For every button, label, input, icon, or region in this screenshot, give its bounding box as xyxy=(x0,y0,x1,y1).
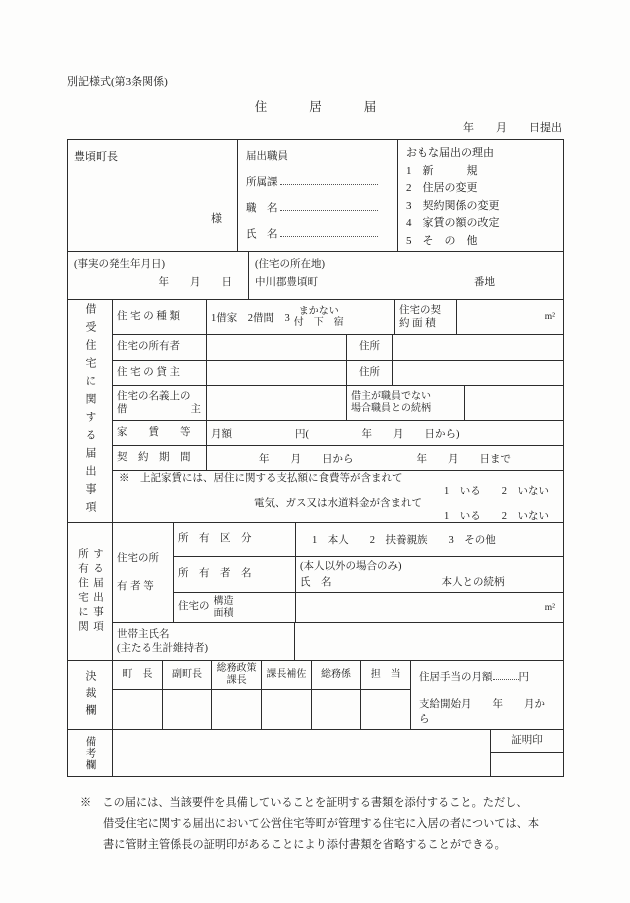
rental-section-label-text: 借受住宅に関する届出事項 xyxy=(82,303,98,519)
rent-amount-field[interactable]: 月額 円( 年 月 日から) xyxy=(206,421,563,445)
contract-area-label-line1: 住宅の契 xyxy=(399,304,441,317)
owner-name-cell: (本人以外の場合のみ) 氏 名本人との続柄 xyxy=(295,557,563,592)
fact-date-field[interactable]: 年 月 日 xyxy=(74,274,242,289)
owner-name-label: 所 有 者 名 xyxy=(174,557,295,592)
lessor-field[interactable] xyxy=(206,361,346,385)
owned-section-label-col1: 所有住宅に関 xyxy=(75,548,90,635)
allowance-amount-field[interactable] xyxy=(493,669,519,680)
owner-name-field-label: 氏 名 xyxy=(300,577,332,588)
footer-note-line1: ※ この届には、当該要件を具備していることを証明する書類を添付すること。ただし、 xyxy=(67,793,564,814)
owned-section-label-col2: する届出事項 xyxy=(90,548,105,635)
reason-option-3: 3 契約関係の変更 xyxy=(406,199,555,215)
stamp-cell-assistant-chief[interactable] xyxy=(261,690,311,729)
allowance-unit: 円 xyxy=(519,672,530,683)
note-line1: ※ 上記家賃には、居住に関する支払額に食費等が含まれて xyxy=(113,473,563,486)
form-reference: 別記様式(第3条関係) xyxy=(67,73,564,89)
department-label: 所属課 xyxy=(246,177,278,188)
location-cell: (住宅の所在地) 中川郡豊頃町 番地 xyxy=(248,252,563,299)
borrower-relation-label: 借主が職員でない 場合職員との続柄 xyxy=(346,386,464,420)
stamp-cell-in-charge[interactable] xyxy=(360,690,410,729)
reason-option-5: 5 そ の 他 xyxy=(406,234,555,250)
reasons-title: おもな届出の理由 xyxy=(406,146,555,162)
stamp-cell-mayor[interactable] xyxy=(113,690,162,729)
footer-note-line3: 書に管財主管係長の証明印があることにより添付書類を省略することができる。 xyxy=(67,835,564,856)
owner-group-line1: 住宅の所 xyxy=(117,545,159,572)
form-content: 別記様式(第3条関係) 住居届 年 月 日提出 豊頃町長 様 届出職員 所属課 … xyxy=(67,73,564,856)
house-type-label: 住 宅 の 種 類 xyxy=(113,300,206,334)
relation-label-line2: 場合職員との続柄 xyxy=(351,403,431,416)
approval-section-label: 決裁欄 xyxy=(68,661,112,729)
remarks-field[interactable] xyxy=(112,730,490,776)
addressee-name: 豊頃町長 xyxy=(74,151,118,163)
honorific-label: 様 xyxy=(211,210,222,226)
fact-date-cell: (事実の発生年月日) 年 月 日 xyxy=(68,252,248,299)
header-row: 豊頃町長 様 届出職員 所属課 職 名 氏 名 おもな届出の理由 1 新 規 2… xyxy=(68,140,563,251)
approval-stamp-grid: 町 長 副町長 総務政策課長 課長補佐 総務係 担 当 xyxy=(113,661,410,729)
remarks-section-label-text: 備考欄 xyxy=(83,736,98,771)
location-label: (住宅の所在地) xyxy=(255,256,557,271)
approval-col-deputy-mayor: 副町長 xyxy=(162,661,212,689)
note-choices2: 1 いる 2 いない xyxy=(113,511,563,524)
payment-start-line: 支給開始月 年 月から xyxy=(419,696,555,726)
rent-inclusion-note: ※ 上記家賃には、居住に関する支払額に食費等が含まれて 1 いる 2 いない 電… xyxy=(113,470,563,522)
certification-stamp-cell[interactable] xyxy=(491,752,563,776)
approval-col-mayor: 町 長 xyxy=(113,661,162,689)
remarks-section-label: 備考欄 xyxy=(68,730,112,776)
approval-col-assistant-chief: 課長補佐 xyxy=(261,661,311,689)
contract-area-label: 住宅の契 約 面 積 xyxy=(394,300,456,334)
submit-date-line: 年 月 日提出 xyxy=(67,119,564,135)
owner-group-label: 住宅の所 有 者 等 xyxy=(113,523,173,622)
nominal-label-line1: 住宅の名義上の xyxy=(117,390,201,403)
nominal-label-line2: 借 主 xyxy=(117,403,201,416)
reason-option-4: 4 家賃の額の改定 xyxy=(406,216,555,232)
staff-title: 届出職員 xyxy=(246,148,389,163)
structure-line1: 構造 xyxy=(214,596,234,608)
contract-area-field[interactable]: m² xyxy=(456,300,563,334)
reporting-staff-cell: 届出職員 所属課 職 名 氏 名 xyxy=(237,140,397,251)
location-town: 中川郡豊頃町 xyxy=(255,274,318,289)
rent-label: 家 賃 等 xyxy=(113,421,206,445)
stamp-cell-general-affairs[interactable] xyxy=(311,690,361,729)
approval-col-general-affairs: 総務係 xyxy=(311,661,361,689)
note-choices1: 1 いる 2 いない xyxy=(113,486,563,499)
position-label: 職 名 xyxy=(246,203,278,214)
name-label: 氏 名 xyxy=(246,229,278,240)
allowance-line: 住居手当の月額円 xyxy=(419,669,555,684)
approval-col-in-charge: 担 当 xyxy=(360,661,410,689)
householder-field[interactable] xyxy=(294,623,563,660)
document-page: 別記様式(第3条関係) 住居届 年 月 日提出 豊頃町長 様 届出職員 所属課 … xyxy=(0,0,630,903)
footer-note-line2: 借受住宅に関する届出において公営住宅等町が管理する住宅に入居の者については、本 xyxy=(67,814,564,835)
reasons-cell: おもな届出の理由 1 新 規 2 住居の変更 3 契約関係の変更 4 家賃の額の… xyxy=(397,140,563,251)
householder-label: 世帯主氏名 (主たる生計維持者) xyxy=(113,623,294,660)
nominal-borrower-label: 住宅の名義上の 借 主 xyxy=(113,386,206,420)
remarks-section: 備考欄 証明印 xyxy=(68,729,563,776)
footer-note: ※ この届には、当該要件を具備していることを証明する書類を添付すること。ただし、… xyxy=(67,793,564,856)
structure-line2: 面積 xyxy=(214,608,234,620)
certification-column: 証明印 xyxy=(490,730,563,776)
owner-name-note: (本人以外の場合のみ) xyxy=(300,559,559,574)
contract-period-label: 契 約 期 間 xyxy=(113,446,206,470)
allowance-label: 住居手当の月額 xyxy=(419,672,493,683)
approval-col-general-policy-chief: 総務政策課長 xyxy=(211,661,261,689)
owner-relation-label: 本人との続柄 xyxy=(442,577,505,588)
ownership-division-label: 所 有 区 分 xyxy=(174,523,295,556)
location-detail-field[interactable] xyxy=(318,274,474,289)
position-field[interactable] xyxy=(280,200,378,211)
house-type-option3: まかない 付 下 宿 xyxy=(294,306,344,329)
fact-row: (事実の発生年月日) 年 月 日 (住宅の所在地) 中川郡豊頃町 番地 xyxy=(68,251,563,299)
allowance-cell: 住居手当の月額円 支給開始月 年 月から xyxy=(410,661,563,729)
contract-area-label-line2: 約 面 積 xyxy=(399,317,441,330)
reason-option-1: 1 新 規 xyxy=(406,164,555,180)
structure-prefix: 住宅の xyxy=(178,601,210,614)
rental-section: 借受住宅に関する届出事項 住 宅 の 種 類 1借家 2借間 3 まかない 付 … xyxy=(68,299,563,522)
householder-line1: 世帯主氏名 xyxy=(117,628,208,641)
structure-area-field[interactable]: m² xyxy=(295,593,563,622)
location-banchi-label: 番地 xyxy=(474,274,495,289)
house-owner-field[interactable] xyxy=(206,335,346,360)
relation-label-line1: 借主が職員でない xyxy=(351,391,431,404)
page-title: 住居届 xyxy=(67,97,564,115)
structure-area-unit: m² xyxy=(545,603,555,613)
owner-address-label: 住所 xyxy=(346,335,392,360)
owner-name-field[interactable] xyxy=(332,574,442,585)
department-field[interactable] xyxy=(280,174,378,185)
rental-section-label: 借受住宅に関する届出事項 xyxy=(68,300,112,522)
addressee-cell: 豊頃町長 様 xyxy=(68,140,237,251)
form-table: 豊頃町長 様 届出職員 所属課 職 名 氏 名 おもな届出の理由 1 新 規 2… xyxy=(67,139,564,777)
lessor-address-label: 住所 xyxy=(346,361,392,385)
house-type-options: 1借家 2借間 3 まかない 付 下 宿 xyxy=(206,300,394,334)
note-line2: 電気、ガス又は水道料金が含まれて xyxy=(113,498,563,511)
option3-line1: まかない xyxy=(294,306,344,318)
contract-period-field[interactable]: 年 月 日から 年 月 日まで xyxy=(206,446,563,470)
name-field[interactable] xyxy=(280,226,378,237)
reason-option-2: 2 住居の変更 xyxy=(406,181,555,197)
owner-address-field[interactable] xyxy=(392,335,563,360)
householder-line2: (主たる生計維持者) xyxy=(117,642,208,655)
fact-date-label: (事実の発生年月日) xyxy=(74,256,242,271)
house-owner-label: 住宅の所有者 xyxy=(113,335,206,360)
lessor-label: 住 宅 の 貸 主 xyxy=(113,361,206,385)
borrower-relation-field[interactable] xyxy=(464,386,563,420)
nominal-borrower-field[interactable] xyxy=(206,386,346,420)
lessor-address-field[interactable] xyxy=(392,361,563,385)
area-unit: m² xyxy=(545,312,555,322)
owned-section: 所有住宅に関 する届出事項 住宅の所 有 者 等 所 有 xyxy=(68,522,563,660)
owner-group-line2: 有 者 等 xyxy=(117,573,159,600)
structure-area-label: 住宅の 構造 面積 xyxy=(174,593,295,622)
stamp-cell-general-policy-chief[interactable] xyxy=(211,690,261,729)
certification-stamp-label: 証明印 xyxy=(491,730,563,752)
approval-section: 決裁欄 町 長 副町長 総務政策課長 課長補佐 総務係 担 当 xyxy=(68,660,563,729)
option3-line2: 付 下 宿 xyxy=(294,317,344,329)
house-type-options-text: 1借家 2借間 3 xyxy=(211,310,290,325)
stamp-cell-deputy-mayor[interactable] xyxy=(162,690,212,729)
ownership-division-options: 1 本人 2 扶養親族 3 その他 xyxy=(295,523,563,556)
approval-section-label-text: 決裁欄 xyxy=(82,670,98,721)
owned-section-label: 所有住宅に関 する届出事項 xyxy=(68,523,112,660)
